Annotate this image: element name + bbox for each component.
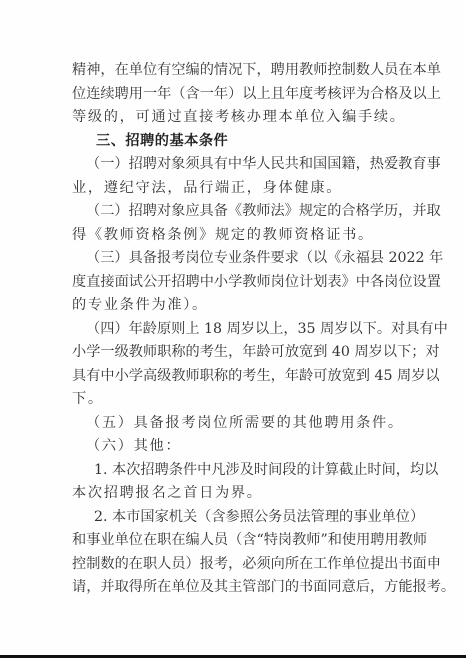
condition-6-line: （六）其他： [72,435,394,459]
document-page: 精神，在单位有空编的情况下，聘用教师控制数人员在本单 位连续聘用一年（含一年）以… [0,0,466,655]
other-2-line: 请，并取得所在单位及其主管部门的书面同意后，方能报考。 [72,576,394,600]
condition-3-line: （三）具备报考岗位专业条件要求（以《永福县 2022 年 [72,247,394,271]
other-1-line: 本次招聘报名之首日为界。 [72,482,394,506]
condition-3-line: 度直接面试公开招聘中小学教师岗位计划表》中各岗位设置 [72,271,394,295]
condition-2-line: 得《教师资格条例》规定的教师资格证书。 [72,224,394,248]
section-heading: 三、招聘的基本条件 [72,130,394,154]
other-2-line: 2. 本市国家机关（含参照公务员法管理的事业单位） [72,506,394,530]
other-2-line: 控制数的在职人员）报考，必须向所在工作单位提出书面申 [72,553,394,577]
document-body: 精神，在单位有空编的情况下，聘用教师控制数人员在本单 位连续聘用一年（含一年）以… [72,59,394,600]
other-2-line: 和事业单位在职在编人员（含“特岗教师”和使用聘用教师 [72,529,394,553]
condition-1-line: 业，遵纪守法，品行端正，身体健康。 [72,177,394,201]
condition-2-line: （二）招聘对象应具备《教师法》规定的合格学历，并取 [72,200,394,224]
condition-4-line: 具有中小学高级教师职称的考生，年龄可放宽到 45 周岁以 [72,365,394,389]
condition-3-line: 的专业条件为准）。 [72,294,394,318]
condition-1-line: （一）招聘对象须具有中华人民共和国国籍，热爱教育事 [72,153,394,177]
condition-4-line: 下。 [72,388,394,412]
paragraph-line: 等级的，可通过直接考核办理本单位入编手续。 [72,106,394,130]
condition-4-line: 小学一级教师职称的考生，年龄可放宽到 40 周岁以下；对 [72,341,394,365]
condition-4-line: （四）年龄原则上 18 周岁以上，35 周岁以下。对具有中 [72,318,394,342]
condition-5-line: （五）具备报考岗位所需要的其他聘用条件。 [72,412,394,436]
other-1-line: 1. 本次招聘条件中凡涉及时间段的计算截止时间，均以 [72,459,394,483]
paragraph-line: 精神，在单位有空编的情况下，聘用教师控制数人员在本单 [72,59,394,83]
paragraph-line: 位连续聘用一年（含一年）以上且年度考核评为合格及以上 [72,83,394,107]
